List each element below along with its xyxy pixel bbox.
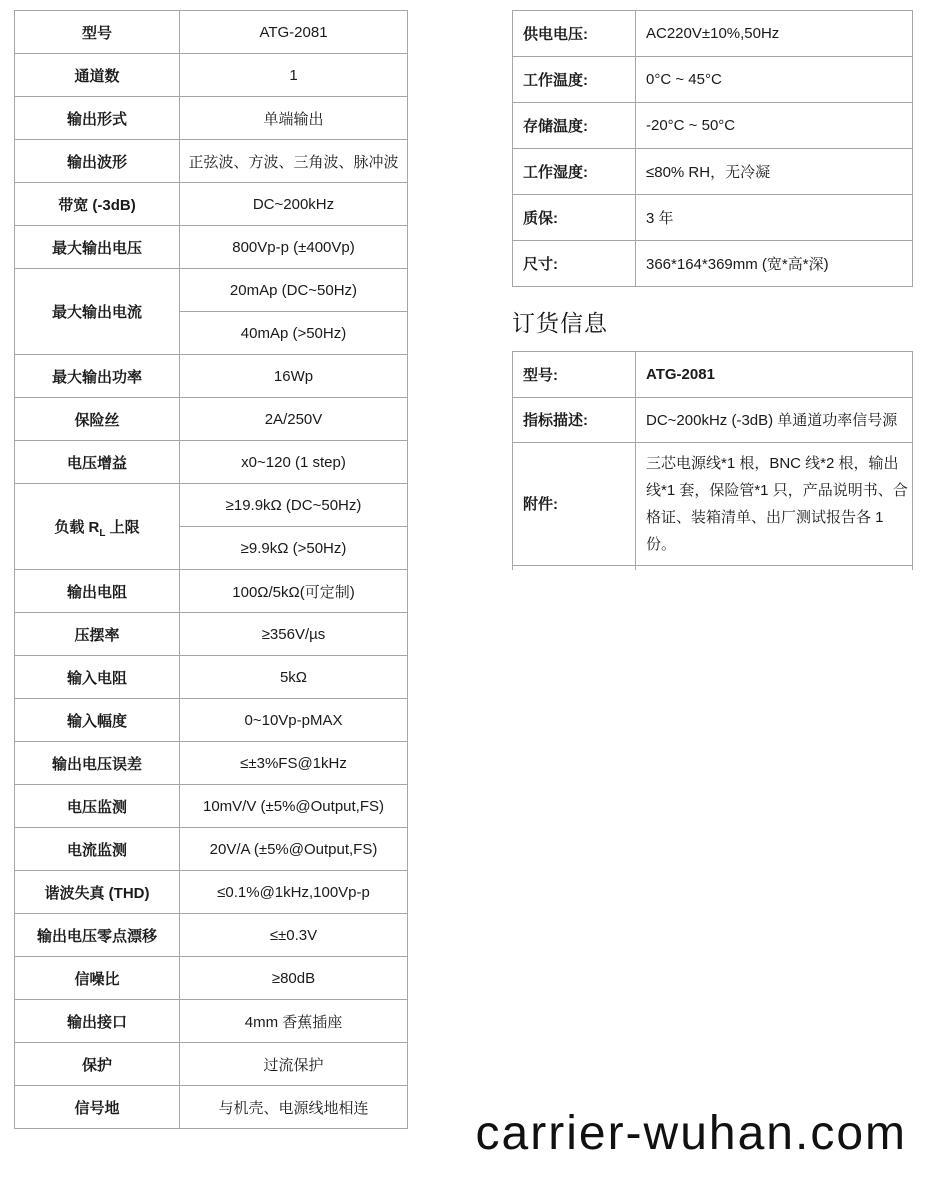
env-value: -20°C ~ 50°C — [636, 103, 913, 149]
order-value: DC~200kHz (-3dB) 单通道功率信号源 — [636, 397, 913, 442]
table-row: 供电电压: AC220V±10%,50Hz — [513, 11, 913, 57]
spec-label: 电流监测 — [15, 828, 180, 871]
spec-label: 最大输出电压 — [15, 226, 180, 269]
spec-table: 型号 ATG-2081 通道数 1 输出形式 单端输出 输出波形 正弦波、方波、… — [14, 10, 408, 1129]
table-row: 保护 过流保护 — [15, 1043, 408, 1086]
spec-value: 1 — [180, 54, 408, 97]
table-row: 存储温度: -20°C ~ 50°C — [513, 103, 913, 149]
table-row: 通道数 1 — [15, 54, 408, 97]
spec-label: 最大输出电流 — [15, 269, 180, 355]
table-row: 负载 RL 上限 ≥19.9kΩ (DC~50Hz) — [15, 484, 408, 527]
spec-label: 输出电压零点漂移 — [15, 914, 180, 957]
table-row: 质保: 3 年 — [513, 195, 913, 241]
spec-value: 4mm 香蕉插座 — [180, 1000, 408, 1043]
table-row: 型号 ATG-2081 — [15, 11, 408, 54]
table-row: 保险丝 2A/250V — [15, 398, 408, 441]
spec-value: 过流保护 — [180, 1043, 408, 1086]
table-row: 尺寸: 366*164*369mm (宽*高*深) — [513, 241, 913, 287]
table-row: 最大输出电压 800Vp-p (±400Vp) — [15, 226, 408, 269]
env-value: 3 年 — [636, 195, 913, 241]
table-row: 信号地 与机壳、电源线地相连 — [15, 1086, 408, 1129]
order-value: 三芯电源线*1 根，BNC 线*2 根，输出线*1 套，保险管*1 只，产品说明… — [636, 442, 913, 565]
table-row: 输出形式 单端输出 — [15, 97, 408, 140]
order-label: 附件: — [513, 442, 636, 565]
spec-value: 800Vp-p (±400Vp) — [180, 226, 408, 269]
table-row: 输入幅度 0~10Vp-pMAX — [15, 699, 408, 742]
spec-label: 保护 — [15, 1043, 180, 1086]
spec-label: 最大输出功率 — [15, 355, 180, 398]
order-label: 指标描述: — [513, 397, 636, 442]
env-label: 尺寸: — [513, 241, 636, 287]
spec-value: 16Wp — [180, 355, 408, 398]
table-row: 输出电阻 100Ω/5kΩ(可定制) — [15, 570, 408, 613]
spec-value: 单端输出 — [180, 97, 408, 140]
spec-value: ≤±3%FS@1kHz — [180, 742, 408, 785]
spec-label-text: 负载 R — [54, 519, 99, 536]
env-value: AC220V±10%,50Hz — [636, 11, 913, 57]
env-label: 质保: — [513, 195, 636, 241]
spec-label: 输出接口 — [15, 1000, 180, 1043]
order-label: 型号: — [513, 351, 636, 397]
table-row: 输入电阻 5kΩ — [15, 656, 408, 699]
environment-table: 供电电压: AC220V±10%,50Hz 工作温度: 0°C ~ 45°C 存… — [512, 10, 913, 287]
table-row: 带宽 (-3dB) DC~200kHz — [15, 183, 408, 226]
spec-value: ≥19.9kΩ (DC~50Hz) — [180, 484, 408, 527]
order-stub-cell — [513, 565, 636, 570]
table-row: 输出电压零点漂移 ≤±0.3V — [15, 914, 408, 957]
spec-label: 信噪比 — [15, 957, 180, 1000]
spec-label: 输入电阻 — [15, 656, 180, 699]
order-value: ATG-2081 — [636, 351, 913, 397]
table-row: 指标描述: DC~200kHz (-3dB) 单通道功率信号源 — [513, 397, 913, 442]
spec-label: 输入幅度 — [15, 699, 180, 742]
table-row: 最大输出功率 16Wp — [15, 355, 408, 398]
table-row: 信噪比 ≥80dB — [15, 957, 408, 1000]
spec-label: 负载 RL 上限 — [15, 484, 180, 570]
table-row: 输出电压误差 ≤±3%FS@1kHz — [15, 742, 408, 785]
watermark-text: carrier-wuhan.com — [476, 1106, 907, 1161]
table-row: 最大输出电流 20mAp (DC~50Hz) — [15, 269, 408, 312]
right-column: 供电电压: AC220V±10%,50Hz 工作温度: 0°C ~ 45°C 存… — [512, 10, 913, 570]
env-label: 存储温度: — [513, 103, 636, 149]
spec-value: 40mAp (>50Hz) — [180, 312, 408, 355]
spec-value: ≥356V/µs — [180, 613, 408, 656]
env-label: 工作湿度: — [513, 149, 636, 195]
env-label: 供电电压: — [513, 11, 636, 57]
spec-value: 20V/A (±5%@Output,FS) — [180, 828, 408, 871]
spec-value: 10mV/V (±5%@Output,FS) — [180, 785, 408, 828]
spec-label: 输出电压误差 — [15, 742, 180, 785]
spec-value: x0~120 (1 step) — [180, 441, 408, 484]
spec-value: 正弦波、方波、三角波、脉冲波 — [180, 140, 408, 183]
table-row: 电流监测 20V/A (±5%@Output,FS) — [15, 828, 408, 871]
spec-label-text: 上限 — [105, 519, 139, 536]
spec-label: 带宽 (-3dB) — [15, 183, 180, 226]
table-row: 谐波失真 (THD) ≤0.1%@1kHz,100Vp-p — [15, 871, 408, 914]
table-row-stub — [513, 565, 913, 570]
spec-value: ≥9.9kΩ (>50Hz) — [180, 527, 408, 570]
spec-label: 电压增益 — [15, 441, 180, 484]
table-row: 输出波形 正弦波、方波、三角波、脉冲波 — [15, 140, 408, 183]
table-row: 电压增益 x0~120 (1 step) — [15, 441, 408, 484]
spec-label: 通道数 — [15, 54, 180, 97]
env-label: 工作温度: — [513, 57, 636, 103]
spec-value: 与机壳、电源线地相连 — [180, 1086, 408, 1129]
spec-value: ≥80dB — [180, 957, 408, 1000]
spec-value: 100Ω/5kΩ(可定制) — [180, 570, 408, 613]
table-row: 压摆率 ≥356V/µs — [15, 613, 408, 656]
table-row: 输出接口 4mm 香蕉插座 — [15, 1000, 408, 1043]
spec-value: 5kΩ — [180, 656, 408, 699]
table-row: 型号: ATG-2081 — [513, 351, 913, 397]
spec-label: 保险丝 — [15, 398, 180, 441]
spec-label: 信号地 — [15, 1086, 180, 1129]
spec-label: 型号 — [15, 11, 180, 54]
env-value: 0°C ~ 45°C — [636, 57, 913, 103]
env-value: 366*164*369mm (宽*高*深) — [636, 241, 913, 287]
table-row: 工作湿度: ≤80% RH，无冷凝 — [513, 149, 913, 195]
env-value: ≤80% RH，无冷凝 — [636, 149, 913, 195]
spec-label: 输出电阻 — [15, 570, 180, 613]
spec-label: 输出形式 — [15, 97, 180, 140]
order-info-table: 型号: ATG-2081 指标描述: DC~200kHz (-3dB) 单通道功… — [512, 351, 913, 571]
spec-value: ATG-2081 — [180, 11, 408, 54]
spec-value: 0~10Vp-pMAX — [180, 699, 408, 742]
spec-label: 谐波失真 (THD) — [15, 871, 180, 914]
spec-value: DC~200kHz — [180, 183, 408, 226]
table-row: 工作温度: 0°C ~ 45°C — [513, 57, 913, 103]
order-stub-cell — [636, 565, 913, 570]
order-info-heading: 订货信息 — [512, 309, 913, 338]
spec-label: 输出波形 — [15, 140, 180, 183]
spec-label: 压摆率 — [15, 613, 180, 656]
spec-value: 2A/250V — [180, 398, 408, 441]
table-row: 电压监测 10mV/V (±5%@Output,FS) — [15, 785, 408, 828]
spec-label: 电压监测 — [15, 785, 180, 828]
spec-value: 20mAp (DC~50Hz) — [180, 269, 408, 312]
spec-value: ≤0.1%@1kHz,100Vp-p — [180, 871, 408, 914]
spec-value: ≤±0.3V — [180, 914, 408, 957]
table-row: 附件: 三芯电源线*1 根，BNC 线*2 根，输出线*1 套，保险管*1 只，… — [513, 442, 913, 565]
